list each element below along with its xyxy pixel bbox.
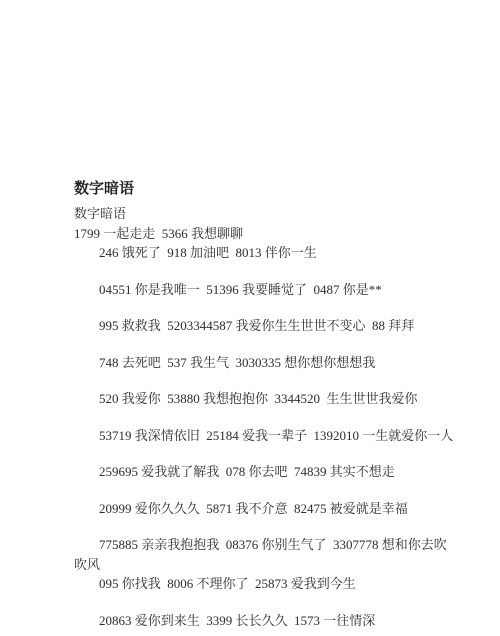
code-paragraph: 20863 爱你到来生 3399 长长久久 1573 一往情深 <box>74 611 494 631</box>
code-paragraph: 259695 爱我就了解我 078 你去吧 74839 其实不想走 <box>74 462 494 482</box>
code-paragraph: 520 我爱你 53880 我想抱抱你 3344520 生生世世我爱你 <box>74 389 494 409</box>
code-paragraph: 748 去死吧 537 我生气 3030335 想你想你想想我 <box>74 353 494 373</box>
code-paragraph: 04551 你是我唯一 51396 我要睡觉了 0487 你是** <box>74 280 494 300</box>
code-paragraph: 53719 我深情依旧 25184 爱我一辈子 1392010 一生就爱你一人 <box>74 426 494 446</box>
subtitle-line: 数字暗语 <box>74 204 494 224</box>
code-paragraph: 1799 一起走走 5366 我想聊聊 <box>74 224 494 244</box>
code-paragraph: 095 你找我 8006 不理你了 25873 爱我到今生 <box>74 574 494 594</box>
code-paragraph: 995 救救我 5203344587 我爱你生生世世不变心 88 拜拜 <box>74 316 494 336</box>
code-paragraph: 246 饿死了 918 加油吧 8013 伴你一生 <box>74 243 494 263</box>
code-paragraph: 775885 亲亲我抱抱我 08376 你别生气了 3307778 想和你去吹 … <box>74 535 494 574</box>
code-paragraph: 20999 爱你久久久 5871 我不介意 82475 被爱就是幸福 <box>74 499 494 519</box>
page-title: 数字暗语 <box>74 180 494 199</box>
document-body: 数字暗语 数字暗语 1799 一起走走 5366 我想聊聊 246 饿死了 91… <box>74 180 494 630</box>
